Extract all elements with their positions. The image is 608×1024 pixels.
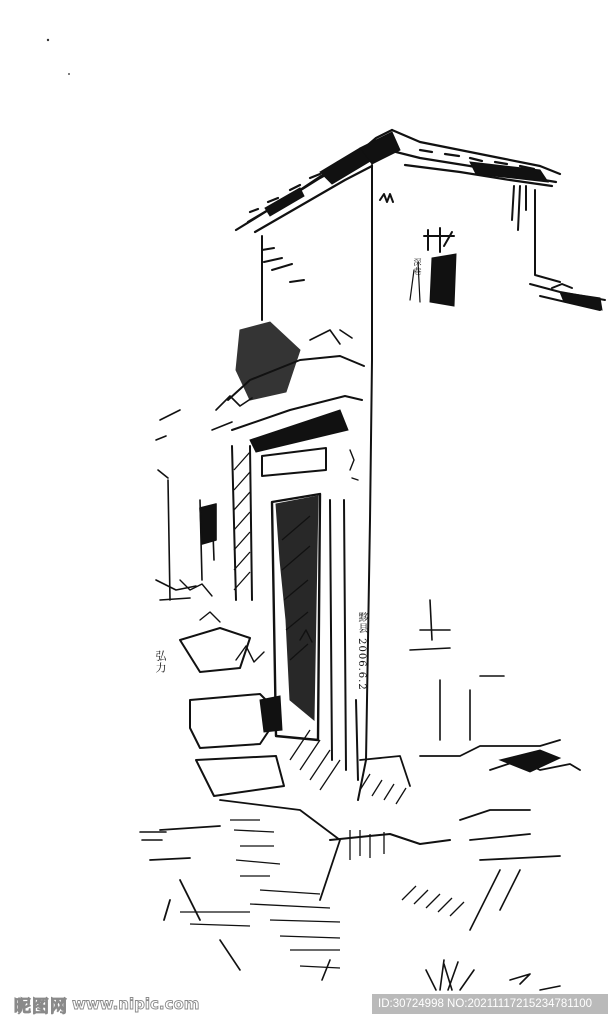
artist-signature: 弘力 <box>152 650 168 674</box>
ink-sketch-artwork <box>0 0 608 1024</box>
date-inscription: 黟县 2006.6.2 <box>354 612 369 691</box>
alley-building-left <box>156 410 216 600</box>
gate-roof <box>212 322 364 480</box>
wall-inscription: 深巷 <box>412 258 423 276</box>
grass-tuft <box>426 960 560 990</box>
stone-path <box>140 800 560 980</box>
nipic-url: www.nipic.com <box>72 995 199 1013</box>
nipic-logo: 昵图网 <box>14 992 68 1017</box>
distant-roof-right <box>530 284 605 310</box>
image-id-watermark: ID:30724998 NO:20211117215234781100 <box>372 994 608 1014</box>
ink-speck <box>47 39 49 41</box>
left-pillar <box>232 446 252 600</box>
nipic-watermark: 昵图网 www.nipic.com <box>14 994 199 1014</box>
wall-marks-right <box>410 600 504 740</box>
roof-tile-shading <box>265 132 548 216</box>
ink-speck <box>68 73 70 75</box>
